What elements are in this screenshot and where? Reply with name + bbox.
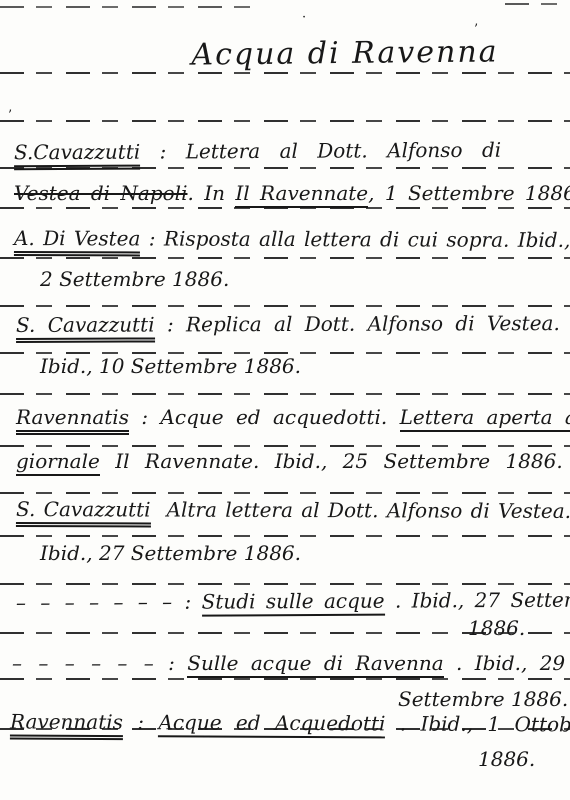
- entry-8-line-1: Ravennatis : Acque ed Acquedotti . Ibid.…: [10, 708, 570, 738]
- ruled-line: [0, 72, 570, 74]
- ruled-line: [0, 305, 570, 307]
- work-title: Altra lettera al Dott. Alfonso di Vestea…: [167, 498, 570, 523]
- entry-6-line-1: – – – – – – – : Studi sulle acque . Ibid…: [16, 586, 570, 616]
- work-subtitle: giornale: [16, 449, 100, 476]
- ruled-line: [0, 393, 570, 395]
- entry-8-line-2: 1886.: [478, 746, 535, 773]
- entry-6-line-2: 1886.: [468, 615, 525, 642]
- ruled-line: [0, 120, 570, 122]
- date-text: Ibid., 27 Settembre 1886.: [40, 541, 301, 565]
- separator-colon: :: [140, 226, 164, 250]
- ink-speck: ·: [302, 10, 306, 25]
- ditto-marks: – – – – – – –: [16, 590, 174, 615]
- entry-3-line-1: S. Cavazzutti : Replica al Dott. Alfonso…: [16, 310, 560, 339]
- author-name: S.Cavazzutti: [14, 140, 140, 171]
- entry-2-line-1: A. Di Vestea : Risposta alla lettera di …: [14, 225, 570, 254]
- ruled-line: [0, 535, 570, 537]
- entry-2-line-2: 2 Settembre 1886.: [40, 266, 229, 293]
- ink-speck: ’: [8, 108, 12, 123]
- date-text: . Ibid., 29: [444, 651, 566, 675]
- entry-1-line-2: Vestea di Napoli. In Il Ravennate, 1 Set…: [14, 180, 570, 207]
- separator-colon: :: [129, 405, 160, 429]
- work-title: Lettera al Dott. Alfonso di: [186, 138, 502, 164]
- entry-5-line-2: Ibid., 27 Settembre 1886.: [40, 540, 301, 567]
- date-text: Settembre 1886.: [398, 687, 568, 711]
- work-title: Acque ed acquedotti.: [160, 405, 399, 429]
- ruled-line: [0, 492, 570, 494]
- ruled-line: [505, 3, 565, 5]
- ruled-line: [0, 257, 570, 259]
- work-title: Replica al Dott. Alfonso di Vestea.: [186, 311, 560, 336]
- work-title: . In: [187, 181, 235, 205]
- entry-4-line-2: giornale Il Ravennate. Ibid., 25 Settemb…: [16, 448, 563, 475]
- journal-and-date-text: Il Ravennate. Ibid., 25 Settembre 1886.: [100, 449, 563, 473]
- entry-7-line-2: Settembre 1886.: [398, 686, 568, 713]
- author-name: S. Cavazzutti: [16, 497, 151, 527]
- date-text: . Ibid., 27 Settembre: [384, 587, 570, 612]
- author-name: S. Cavazzutti: [16, 312, 155, 342]
- work-title: Acque ed Acquedotti: [158, 710, 385, 738]
- date-text: 2 Settembre 1886.: [40, 267, 229, 291]
- work-title: Sulle acque di Ravenna: [187, 651, 443, 678]
- entry-5-line-1: S. CavazzuttiAltra lettera al Dott. Alfo…: [16, 496, 570, 525]
- separator-colon: :: [156, 651, 187, 675]
- date-text: 1886.: [468, 616, 525, 640]
- ruled-line: [0, 6, 255, 8]
- work-title: Risposta alla lettera di cui sopra. Ibid…: [164, 227, 570, 252]
- page-title: Acqua di Ravenna: [120, 34, 570, 74]
- date-text: 1886.: [478, 747, 535, 771]
- author-name: Ravennatis: [10, 709, 123, 740]
- ruled-line: [0, 583, 570, 585]
- ruled-line: [0, 678, 570, 680]
- manuscript-page: ’ ’ · Acqua di Ravenna S.Cavazzutti : Le…: [0, 0, 570, 800]
- struck-text: Vestea di Napoli: [14, 181, 187, 205]
- separator-colon: :: [123, 710, 159, 734]
- date-text: , 1 Settembre 1886.: [368, 181, 570, 205]
- author-name: Ravennatis: [16, 405, 129, 435]
- work-title: Studi sulle acque: [202, 589, 385, 617]
- journal-title: Il Ravennate: [235, 181, 368, 208]
- entry-4-line-1: Ravennatis : Acque ed acquedotti. Letter…: [16, 404, 570, 431]
- ditto-marks: – – – – – –: [12, 651, 156, 675]
- work-subtitle: Lettera aperta al: [400, 405, 570, 432]
- entry-3-line-2: Ibid., 10 Settembre 1886.: [40, 353, 301, 380]
- date-text: . Ibid., 1 Ottobre: [385, 711, 570, 736]
- ruled-line: [0, 445, 570, 447]
- separator-colon: :: [174, 590, 202, 614]
- entry-1-line-1: S.Cavazzutti : Lettera al Dott. Alfonso …: [14, 137, 501, 167]
- author-name: A. Di Vestea: [14, 226, 141, 256]
- separator-colon: :: [155, 312, 187, 336]
- separator-colon: :: [140, 139, 186, 163]
- entry-7-line-1: – – – – – – : Sulle acque di Ravenna . I…: [12, 650, 565, 677]
- date-text: Ibid., 10 Settembre 1886.: [40, 354, 301, 378]
